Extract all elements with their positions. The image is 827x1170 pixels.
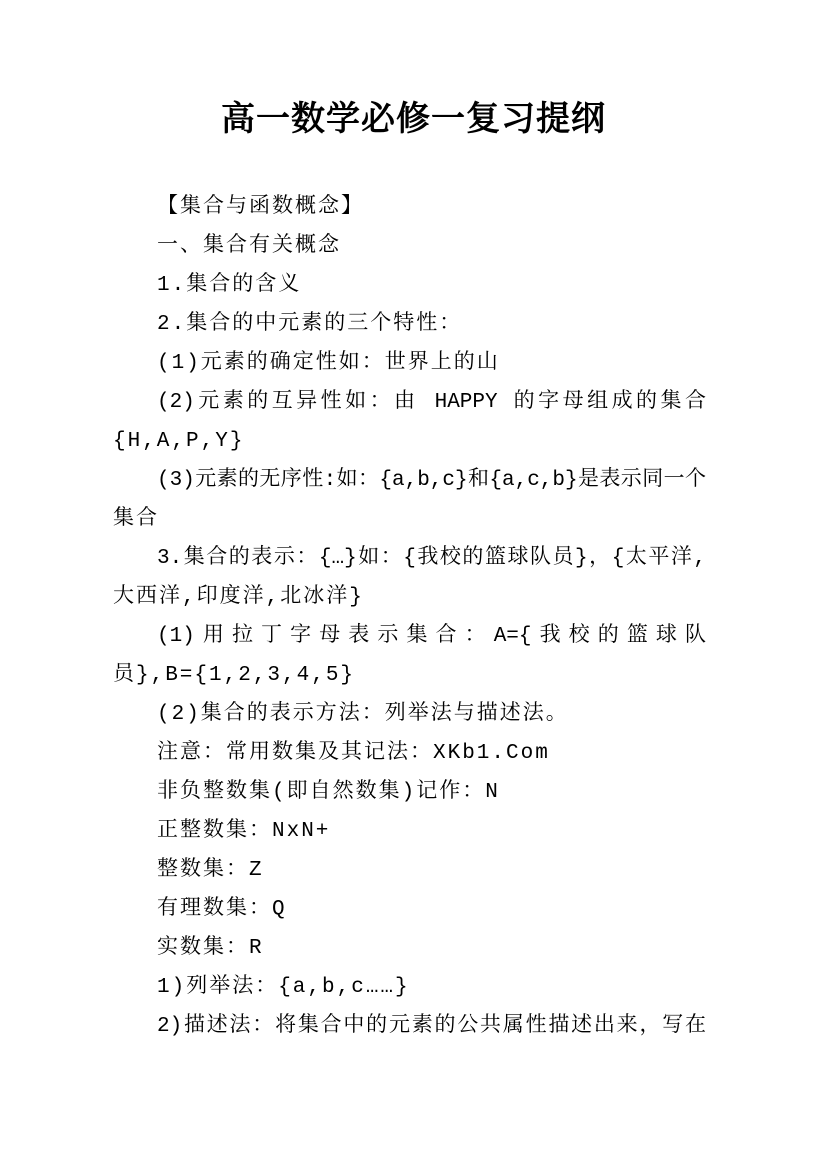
doc-line: 有理数集：Q [113,890,706,929]
doc-line: 实数集：R [113,929,706,968]
document-body: 【集合与函数概念】 一、集合有关概念 1.集合的含义 2.集合的中元素的三个特性… [113,188,706,1046]
doc-line: 2.集合的中元素的三个特性： [113,305,706,344]
document-title: 高一数学必修一复习提纲 [0,97,827,141]
doc-line-watermark: 注意：常用数集及其记法：XKb1.Com [113,734,706,773]
doc-line-continuation: 集合 [113,500,706,539]
doc-line: (2)集合的表示方法：列举法与描述法。 [113,695,706,734]
doc-line: 一、集合有关概念 [113,227,706,266]
doc-line: 非负整数集(即自然数集)记作：N [113,773,706,812]
doc-line: (3)元素的无序性:如：{a,b,c}和{a,c,b}是表示同一个 [113,461,706,500]
doc-line-continuation: 员},B={1,2,3,4,5} [113,656,706,695]
doc-line: 1.集合的含义 [113,266,706,305]
doc-line: (2)元素的互异性如：由 HAPPY 的字母组成的集合 [113,383,706,422]
doc-line: 正整数集：NxN+ [113,812,706,851]
doc-line: 1)列举法：{a,b,c……} [113,968,706,1007]
document-page: 高一数学必修一复习提纲 【集合与函数概念】 一、集合有关概念 1.集合的含义 2… [0,0,827,1170]
doc-line: 整数集：Z [113,851,706,890]
doc-line-continuation: {H,A,P,Y} [113,422,706,461]
doc-line-continuation: 大西洋,印度洋,北冰洋} [113,578,706,617]
doc-line: 2)描述法：将集合中的元素的公共属性描述出来，写在 [113,1007,706,1046]
doc-line-section-heading: 【集合与函数概念】 [113,188,706,227]
doc-line: (1)元素的确定性如：世界上的山 [113,344,706,383]
doc-line: (1)用拉丁字母表示集合：A={我校的篮球队 [113,617,706,656]
doc-line: 3.集合的表示：{…}如：{我校的篮球队员}，{太平洋, [113,539,706,578]
